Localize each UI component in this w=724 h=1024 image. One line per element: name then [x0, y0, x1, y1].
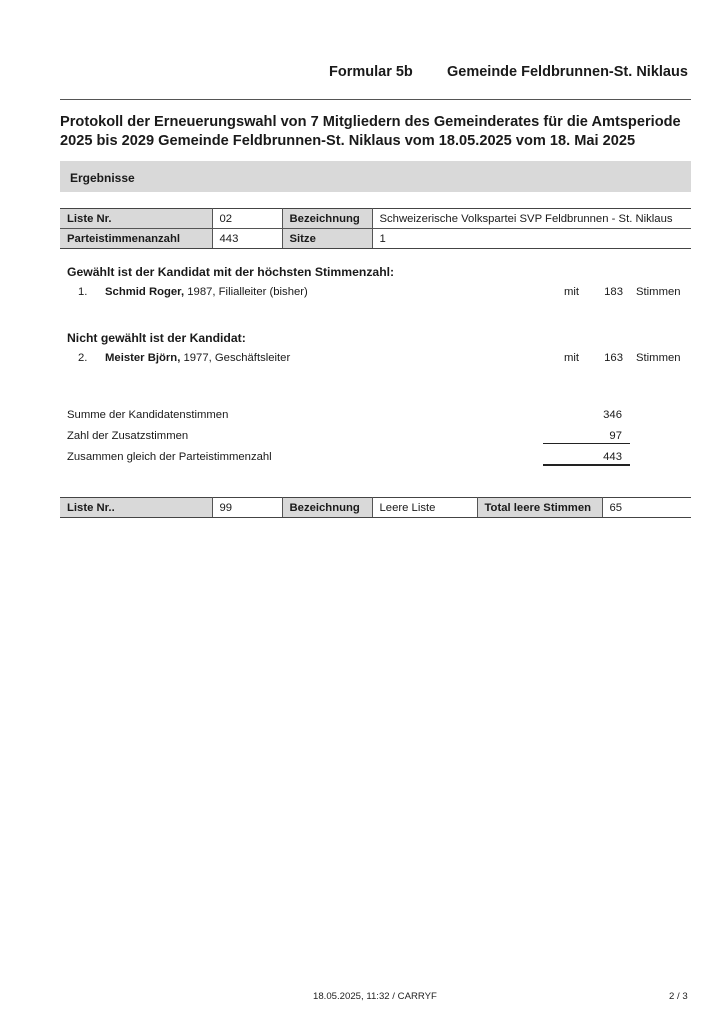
list-nr-value: 02: [212, 209, 282, 229]
candidate-details: 1977, Geschäftsleiter: [180, 352, 290, 364]
summary-label: Zahl der Zusatzstimmen: [67, 430, 188, 442]
total-rule: [543, 464, 630, 466]
results-section-band: Ergebnisse: [60, 161, 691, 192]
designation-value: Leere Liste: [372, 498, 477, 518]
designation-label: Bezeichnung: [282, 209, 372, 229]
candidate-number: 2.: [78, 352, 87, 364]
list-nr-value: 99: [212, 498, 282, 518]
page-number: 2 / 3: [669, 991, 688, 1002]
results-heading: Ergebnisse: [70, 171, 135, 185]
page-header: Formular 5b Gemeinde Feldbrunnen-St. Nik…: [0, 64, 690, 86]
candidate-details: 1987, Filialleiter (bisher): [184, 286, 308, 298]
municipality-name: Gemeinde Feldbrunnen-St. Niklaus: [447, 64, 688, 80]
seats-label: Sitze: [282, 229, 372, 249]
party-votes-label: Parteistimmenanzahl: [60, 229, 212, 249]
header-divider: [60, 99, 691, 100]
candidate-name: Meister Björn,: [105, 352, 180, 364]
seats-value: 1: [372, 229, 691, 249]
summary-value: 97: [609, 430, 622, 442]
list-nr-label: Liste Nr..: [60, 498, 212, 518]
candidate-votes: 163: [604, 352, 623, 364]
candidate-name: Schmid Roger,: [105, 286, 184, 298]
summary-label: Zusammen gleich der Parteistimmenzahl: [67, 451, 272, 463]
table-row: Liste Nr. 02 Bezeichnung Schweizerische …: [60, 209, 691, 229]
candidate-info: Meister Björn, 1977, Geschäftsleiter: [105, 352, 290, 364]
votes-unit: Stimmen: [636, 352, 681, 364]
total-empty-votes-value: 65: [602, 498, 691, 518]
footer-timestamp: 18.05.2025, 11:32 / CARRYF: [313, 991, 437, 1002]
votes-unit: Stimmen: [636, 286, 681, 298]
table-row: Parteistimmenanzahl 443 Sitze 1: [60, 229, 691, 249]
designation-value: Schweizerische Volkspartei SVP Feldbrunn…: [372, 209, 691, 229]
designation-label: Bezeichnung: [282, 498, 372, 518]
list-info-table: Liste Nr. 02 Bezeichnung Schweizerische …: [60, 208, 691, 249]
candidate-number: 1.: [78, 286, 87, 298]
total-empty-votes-label: Total leere Stimmen: [477, 498, 602, 518]
subtotal-rule: [543, 443, 630, 444]
elected-heading: Gewählt ist der Kandidat mit der höchste…: [67, 265, 394, 279]
candidate-row: 2. Meister Björn, 1977, Geschäftsleiter …: [60, 352, 691, 368]
summary-row-candidate-votes: Summe der Kandidatenstimmen 346: [67, 409, 687, 425]
form-label: Formular 5b: [329, 64, 413, 80]
not-elected-heading: Nicht gewählt ist der Kandidat:: [67, 331, 246, 345]
empty-list-table: Liste Nr.. 99 Bezeichnung Leere Liste To…: [60, 497, 691, 518]
summary-label: Summe der Kandidatenstimmen: [67, 409, 228, 421]
document-title: Protokoll der Erneuerungswahl von 7 Mitg…: [60, 113, 700, 151]
candidate-votes: 183: [604, 286, 623, 298]
table-row: Liste Nr.. 99 Bezeichnung Leere Liste To…: [60, 498, 691, 518]
summary-value: 346: [603, 409, 622, 421]
candidate-row: 1. Schmid Roger, 1987, Filialleiter (bis…: [60, 286, 691, 302]
summary-value: 443: [603, 451, 622, 463]
list-nr-label: Liste Nr.: [60, 209, 212, 229]
candidate-info: Schmid Roger, 1987, Filialleiter (bisher…: [105, 286, 308, 298]
mit-label: mit: [564, 352, 579, 364]
party-votes-value: 443: [212, 229, 282, 249]
mit-label: mit: [564, 286, 579, 298]
